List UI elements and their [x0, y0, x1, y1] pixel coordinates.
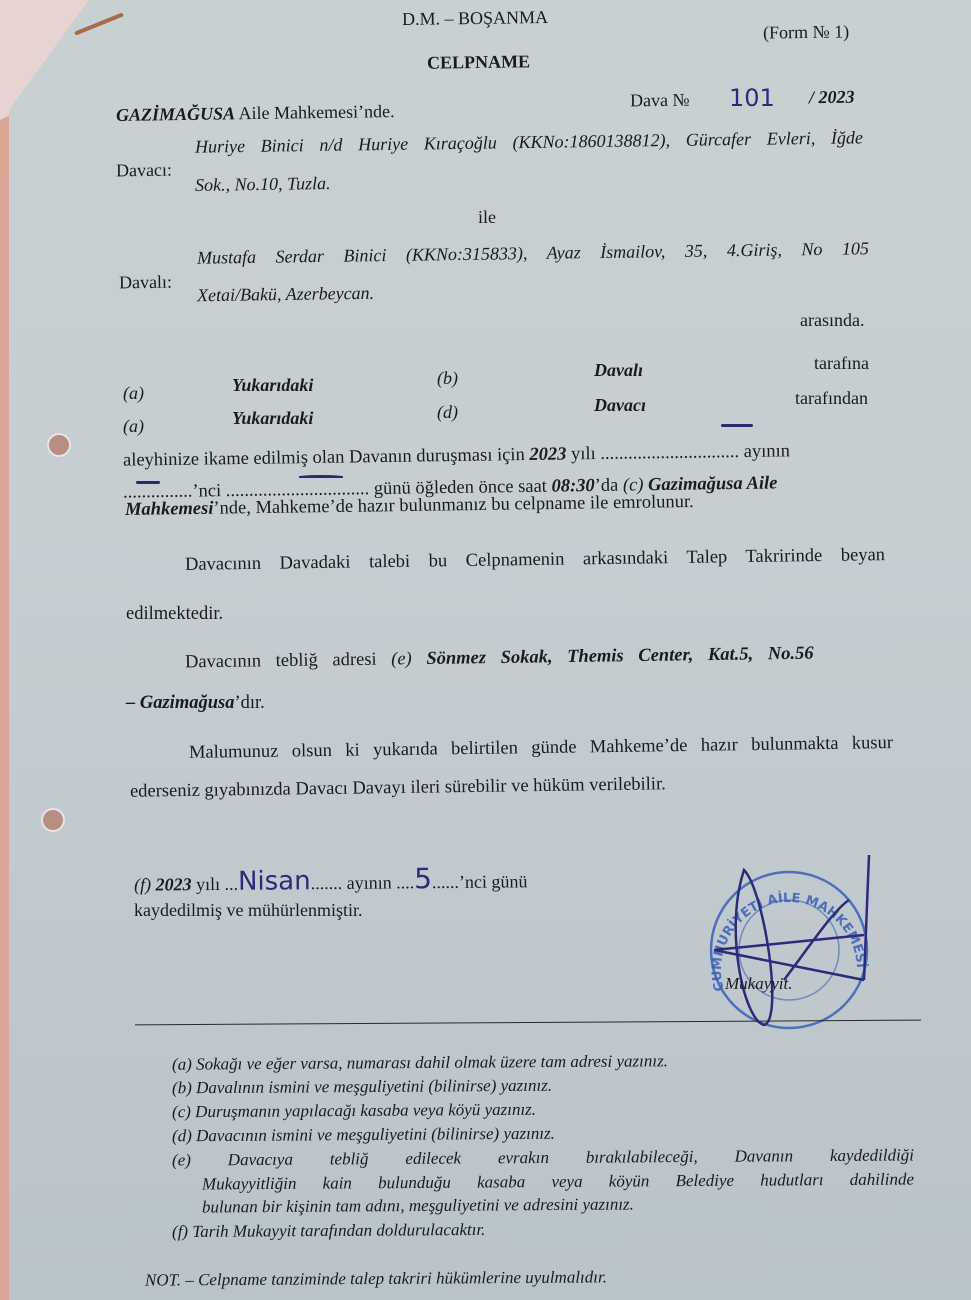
party-davali: Davalı	[594, 360, 643, 380]
footnote-marker: (a)	[172, 1055, 192, 1074]
plaintiff-details-line2: Sok., No.10, Tuzla.	[195, 173, 331, 195]
hearing-place-cont: Mahkemesi	[125, 499, 214, 520]
footnote-marker: (d)	[172, 1126, 192, 1145]
registration-year: 2023	[155, 874, 191, 894]
service-prefix: Davacının tebliğ adresi	[185, 650, 377, 673]
service-suffix: ’dır.	[234, 693, 264, 713]
summons-document: D.M. – BOŞANMA (Form № 1) CELPNAME GAZİM…	[9, 0, 971, 1300]
service-line2: – Gazimağusa’dır.	[126, 693, 265, 713]
footnote-text: Sokağı ve eğer varsa, numarası dahil olm…	[196, 1051, 668, 1073]
marker-a: (a)	[123, 383, 144, 403]
footnote-d: (d) Davacının ismini ve meşguliyetini (b…	[172, 1122, 555, 1149]
footnote-text: Tarih Mukayyit tarafından doldurulacaktı…	[192, 1220, 485, 1241]
court-line: GAZİMAĞUSA Aile Mahkemesi’nde.	[116, 101, 395, 125]
court-suffix: Aile Mahkemesi’nde.	[238, 101, 394, 123]
registration-line2: kaydedilmiş ve mühürlenmiştir.	[134, 900, 362, 920]
suffix-tarafina: tarafına	[814, 353, 869, 373]
claim-line1: Davacının Davadaki talebi bu Celpnamenin…	[185, 545, 885, 575]
warning-line2: ederseniz gıyabınızda Davacı Davayı iler…	[130, 774, 666, 801]
handwritten-dash	[721, 424, 753, 427]
footnote-e-cont2: bulunan bir kişinin tam adını, meşguliye…	[202, 1192, 634, 1219]
address-value: Yukarıdaki	[232, 375, 313, 395]
claim-line2: edilmektedir.	[126, 604, 223, 624]
warning-line1: Malumunuz olsun ki yukarıda belirtilen g…	[189, 733, 893, 763]
footnote-marker: (e)	[172, 1150, 191, 1169]
footnote-b: (b) Davalının ismini ve meşguliyetini (b…	[172, 1074, 552, 1101]
marker-a: (a)	[123, 416, 144, 436]
handwritten-dash	[299, 475, 343, 478]
footnote-text: Davalının ismini ve meşguliyetini (bilin…	[196, 1076, 552, 1097]
registration-line1: (f) 2023 yılı ...Nisan....... ayının ...…	[134, 866, 528, 894]
defendant-details-line2: Xetai/Bakü, Azerbeycan.	[197, 283, 374, 305]
between-label: arasında.	[800, 310, 864, 330]
case-type: D.M. – BOŞANMA	[402, 7, 548, 29]
footnote-text: Davacıya tebliğ edilecek evrakın bırakıl…	[228, 1145, 914, 1169]
month-handwritten: Nisan	[238, 866, 311, 897]
document-title: CELPNAME	[427, 51, 530, 72]
marker-d: (d)	[437, 402, 458, 422]
footnote-marker: (f)	[172, 1222, 188, 1241]
party-davaci: Davacı	[594, 395, 646, 415]
case-year: / 2023	[809, 87, 855, 108]
form-number: (Form № 1)	[763, 21, 849, 42]
case-number-handwritten: 101	[729, 86, 775, 110]
registrar-signature-label: Mukayyit.	[725, 974, 793, 994]
marker-b: (b)	[437, 368, 458, 388]
footnote-text: Davacının ismini ve meşguliyetini (bilin…	[196, 1124, 555, 1146]
marker-f: (f)	[134, 875, 151, 895]
dots: .......	[311, 873, 343, 893]
month-blank: ..............................	[600, 442, 739, 464]
plaintiff-details-line1: Huriye Binici n/d Huriye Kıraçoğlu (KKNo…	[195, 127, 863, 156]
dots: ....	[396, 872, 414, 892]
address-value: Yukarıdaki	[232, 408, 313, 428]
suffix-tarafindan: tarafından	[795, 388, 868, 408]
footnote-f: (f) Tarih Mukayyit tarafından doldurulac…	[172, 1218, 486, 1244]
day-suffix: ’nci günü	[459, 871, 528, 892]
footnote-a: (a) Sokağı ve eğer varsa, numarası dahil…	[172, 1049, 668, 1076]
punch-hole-icon	[41, 808, 65, 832]
service-address: Sönmez Sokak, Themis Center, Kat.5, No.5…	[426, 644, 813, 669]
punch-hole-icon	[47, 433, 71, 457]
hearing-year: 2023	[529, 444, 566, 465]
marker-e: (e)	[391, 649, 412, 669]
day-handwritten: 5	[414, 862, 432, 895]
footnote-text: Duruşmanın yapılacağı kasaba veya köyü y…	[195, 1100, 536, 1121]
dots: ......	[432, 872, 459, 892]
service-line1: Davacının tebliğ adresi (e) Sönmez Sokak…	[185, 644, 814, 673]
year-suffix: yılı	[196, 874, 220, 894]
note: NOT. – Celpname tanziminde talep takriri…	[145, 1265, 607, 1292]
month-word: ayının	[347, 872, 392, 892]
month-word: ayının	[744, 441, 791, 462]
court-name: GAZİMAĞUSA	[116, 103, 235, 125]
hearing-text: aleyhinize ikame edilmiş olan Davanın du…	[123, 445, 525, 471]
service-city: – Gazimağusa	[126, 693, 234, 713]
footnote-c: (c) Duruşmanın yapılacağı kasaba veya kö…	[172, 1098, 536, 1125]
defendant-details-line1: Mustafa Serdar Binici (KKNo:315833), Aya…	[197, 238, 869, 267]
court-stamp-icon: CUMHURİYETİ AİLE MAHKEMESİ	[684, 850, 894, 1040]
paper-clip-icon	[74, 12, 124, 35]
plaintiff-label: Davacı:	[116, 160, 172, 181]
case-number-label: Dava №	[630, 90, 690, 111]
connector-ile: ile	[478, 207, 496, 227]
hearing-line1: aleyhinize ikame edilmiş olan Davanın du…	[123, 441, 790, 470]
year-suffix: yılı	[571, 444, 596, 464]
footnote-marker: (b)	[172, 1078, 192, 1097]
defendant-label: Davalı:	[119, 272, 172, 293]
dots: ...	[224, 874, 238, 894]
footnote-marker: (c)	[172, 1102, 191, 1121]
